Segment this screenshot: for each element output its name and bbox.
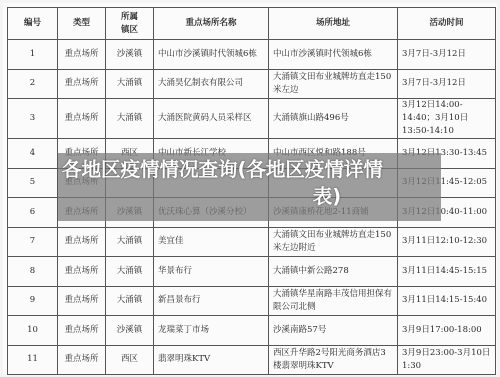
- header-activity-time: 活动时间: [398, 8, 496, 40]
- cell-town: 沙溪镇: [106, 316, 154, 346]
- cell-address: 大涌镇旗山路496号: [269, 99, 398, 139]
- cell-number: 7: [8, 227, 58, 257]
- cell-time: 3月11日14:15-15:40: [398, 286, 496, 316]
- header-town: 所属 镇区: [106, 8, 154, 40]
- cell-address: 中山市沙溪镇时代领城6栋: [269, 40, 398, 70]
- cell-town: 沙溪镇: [106, 40, 154, 70]
- cell-number: 11: [8, 345, 58, 375]
- table-row: 10 重点场所 沙溪镇 龙瑞菜丁市场 沙溪南路57号 3月9日17:00-18:…: [8, 316, 496, 346]
- table-row: 7 重点场所 大涌镇 美宜佳 大涌镇文田布业城牌坊直走150米左边附近 3月11…: [8, 227, 496, 257]
- cell-place-name: 新昌景布行: [154, 286, 269, 316]
- header-place-name: 重点场所名称: [154, 8, 269, 40]
- cell-time: 3月11日14:45-15:15: [398, 257, 496, 287]
- cell-type: 重点场所: [58, 286, 106, 316]
- cell-time: 3月9日23:00-3月10日1:30: [398, 345, 496, 375]
- cell-place-name: 大涌医院黄码人员采样区: [154, 99, 269, 139]
- cell-place-name: 华景布行: [154, 257, 269, 287]
- cell-number: 2: [8, 69, 58, 99]
- cell-time: 3月11日12:10-12:30: [398, 227, 496, 257]
- overlay-title-line1: 各地区疫情情况查询(各地区疫情详情: [62, 158, 383, 181]
- cell-town: 大涌镇: [106, 227, 154, 257]
- cell-number: 1: [8, 40, 58, 70]
- table-row: 11 重点场所 西区 翡翠明珠KTV 西区升华路2号阳光商务酒店3楼翡翠明珠KT…: [8, 345, 496, 375]
- cell-time: 3月12日14:00-14:40；3月10日13:50-14:10: [398, 99, 496, 139]
- cell-address: 沙溪南路57号: [269, 316, 398, 346]
- table-row: 8 重点场所 大涌镇 华景布行 大涌镇中新公路278 3月11日14:45-15…: [8, 257, 496, 287]
- cell-town: 大涌镇: [106, 69, 154, 99]
- cell-type: 重点场所: [58, 345, 106, 375]
- header-type: 类型: [58, 8, 106, 40]
- cell-type: 重点场所: [58, 40, 106, 70]
- cell-town: 大涌镇: [106, 286, 154, 316]
- cell-town: 大涌镇: [106, 99, 154, 139]
- cell-number: 6: [8, 198, 58, 228]
- cell-number: 4: [8, 139, 58, 169]
- cell-type: 重点场所: [58, 69, 106, 99]
- cell-time: 3月7日-3月12日: [398, 69, 496, 99]
- cell-number: 5: [8, 168, 58, 198]
- overlay-title-line2: 表): [62, 183, 442, 210]
- cell-town: 西区: [106, 345, 154, 375]
- cell-type: 重点场所: [58, 316, 106, 346]
- cell-time: 3月9日17:00-18:00: [398, 316, 496, 346]
- table-header-row: 编号 类型 所属 镇区 重点场所名称 场所地址 活动时间: [8, 8, 496, 40]
- cell-place-name: 翡翠明珠KTV: [154, 345, 269, 375]
- cell-number: 10: [8, 316, 58, 346]
- cell-address: 大涌镇中新公路278: [269, 257, 398, 287]
- cell-place-name: 中山市沙溪镇时代领城6栋: [154, 40, 269, 70]
- cell-place-name: 大涌昊亿制衣有限公司: [154, 69, 269, 99]
- cell-number: 9: [8, 286, 58, 316]
- header-number: 编号: [8, 8, 58, 40]
- cell-type: 重点场所: [58, 99, 106, 139]
- cell-address: 大涌镇文田布业城牌坊直走150米左边: [269, 69, 398, 99]
- table-row: 2 重点场所 大涌镇 大涌昊亿制衣有限公司 大涌镇文田布业城牌坊直走150米左边…: [8, 69, 496, 99]
- cell-type: 重点场所: [58, 227, 106, 257]
- cell-place-name: 龙瑞菜丁市场: [154, 316, 269, 346]
- table-row: 1 重点场所 沙溪镇 中山市沙溪镇时代领城6栋 中山市沙溪镇时代领城6栋 3月7…: [8, 40, 496, 70]
- table-row: 3 重点场所 大涌镇 大涌医院黄码人员采样区 大涌镇旗山路496号 3月12日1…: [8, 99, 496, 139]
- cell-address: 大涌镇华星南路丰茂信用担保有限公司北侧: [269, 286, 398, 316]
- cell-town: 大涌镇: [106, 257, 154, 287]
- cell-address: 西区升华路2号阳光商务酒店3楼翡翠明珠KTV: [269, 345, 398, 375]
- cell-time: 3月7日-3月12日: [398, 40, 496, 70]
- header-address: 场所地址: [269, 8, 398, 40]
- cell-type: 重点场所: [58, 257, 106, 287]
- overlay-title: 各地区疫情情况查询(各地区疫情详情 表): [62, 156, 442, 210]
- cell-place-name: 美宜佳: [154, 227, 269, 257]
- cell-number: 8: [8, 257, 58, 287]
- cell-address: 大涌镇文田布业城牌坊直走150米左边附近: [269, 227, 398, 257]
- cell-number: 3: [8, 99, 58, 139]
- table-row: 9 重点场所 大涌镇 新昌景布行 大涌镇华星南路丰茂信用担保有限公司北侧 3月1…: [8, 286, 496, 316]
